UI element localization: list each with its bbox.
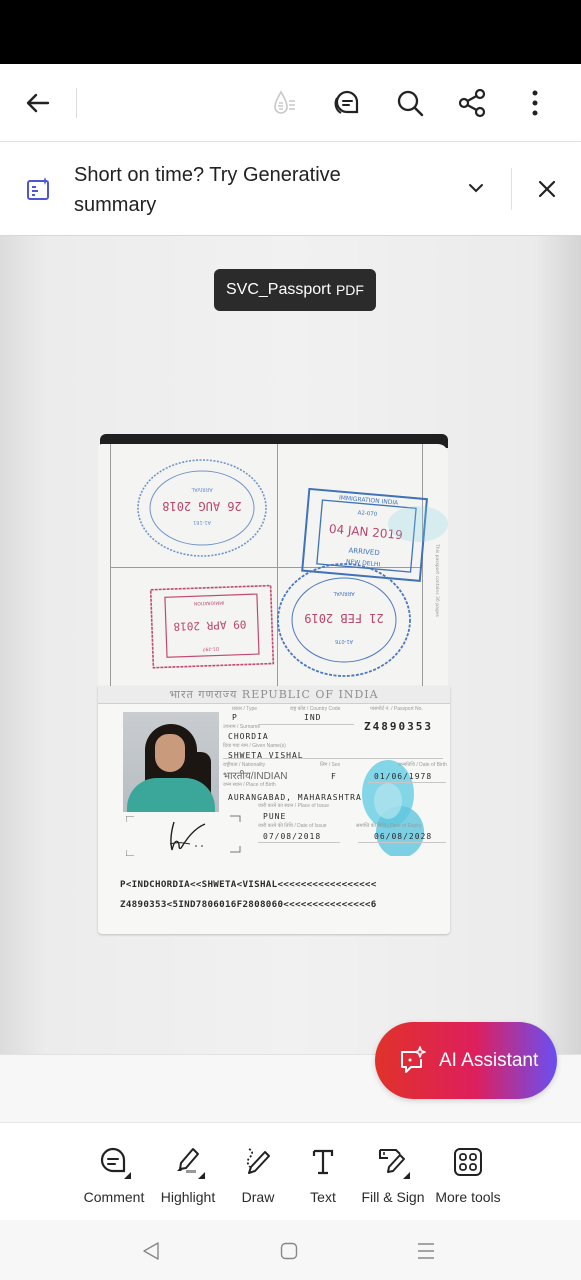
label-date-of-issue: जारी करने की तिथि / Date of Issue <box>258 823 327 829</box>
label-place-of-issue: जारी करने का स्थान / Place of Issue <box>258 803 329 809</box>
tool-comment[interactable]: Comment <box>80 1123 148 1221</box>
value-date-of-expiry: 06/08/2028 <box>374 832 432 841</box>
svg-text:ARRIVAL: ARRIVAL <box>333 590 354 596</box>
value-surname: CHORDIA <box>228 732 269 741</box>
nav-recents-button[interactable] <box>411 1236 441 1266</box>
search-button[interactable] <box>390 83 430 123</box>
system-nav-bar <box>0 1220 581 1280</box>
liquid-mode-icon <box>270 88 300 118</box>
value-passport-no: Z4890353 <box>364 720 433 733</box>
svg-text:26 AUG 2018: 26 AUG 2018 <box>162 499 241 513</box>
pencil-draw-icon <box>241 1145 275 1179</box>
label-place-of-birth: जन्म स्थान / Place of Birth <box>223 782 276 788</box>
more-vertical-icon <box>530 89 540 117</box>
document-viewport[interactable]: SVC_Passport PDF 26 AUG 2018 ARRIVAL A1-… <box>0 236 581 1122</box>
label-given-names: दिया गया नाम / Given Name(s) <box>223 743 286 749</box>
tool-label: Highlight <box>161 1189 215 1205</box>
liquid-mode-button[interactable] <box>265 83 305 123</box>
mrz-line-2: Z4890353<5IND7806016F2808060<<<<<<<<<<<<… <box>120 899 377 910</box>
value-country-code: IND <box>304 713 321 722</box>
svg-text:21 FEB 2019: 21 FEB 2019 <box>304 611 383 625</box>
share-button[interactable] <box>452 83 492 123</box>
visa-stamps-page: 26 AUG 2018 ARRIVAL A1-161 IMMIGRATION I… <box>98 444 448 689</box>
tool-draw[interactable]: Draw <box>232 1123 284 1221</box>
value-date-of-issue: 07/08/2018 <box>263 832 321 841</box>
bottom-toolbar: Comment Highlight Draw Text Fill & Sign … <box>0 1122 581 1220</box>
label-surname: उपनाम / Surname <box>223 724 260 730</box>
value-place-of-birth: AURANGABAD, MAHARASHTRA <box>228 793 362 802</box>
tool-label: Draw <box>242 1189 275 1205</box>
ai-chat-sparkle-icon <box>397 1046 427 1076</box>
generative-summary-icon <box>26 176 52 202</box>
fill-sign-icon <box>376 1145 410 1179</box>
file-name-chip: SVC_Passport PDF <box>214 269 376 311</box>
more-options-button[interactable] <box>515 83 555 123</box>
label-sex: लिंग / Sex <box>320 762 340 768</box>
value-nationality: भारतीय/INDIAN <box>223 768 287 782</box>
search-icon <box>395 88 425 118</box>
svg-text:IMMIGRATION: IMMIGRATION <box>194 599 225 606</box>
mrz-line-1: P<INDCHORDIA<<SHWETA<VISHAL<<<<<<<<<<<<<… <box>120 879 377 890</box>
back-button[interactable] <box>18 83 58 123</box>
tool-text[interactable]: Text <box>300 1123 346 1221</box>
ai-assistant-label: AI Assistant <box>439 1050 538 1072</box>
tool-more-tools[interactable]: More tools <box>432 1123 504 1221</box>
generative-summary-banner[interactable]: Short on time? Try Generative summary <box>0 142 581 236</box>
passport-page-image: 26 AUG 2018 ARRIVAL A1-161 IMMIGRATION I… <box>98 434 450 934</box>
svg-text:ARRIVED: ARRIVED <box>348 547 380 558</box>
tool-label: Comment <box>84 1189 145 1205</box>
svg-text:A2-070: A2-070 <box>357 510 378 518</box>
value-place-of-issue: PUNE <box>263 812 286 821</box>
label-dob: जन्मतिथि / Date of Birth <box>398 762 447 768</box>
top-app-bar <box>0 64 581 142</box>
nav-home-icon <box>280 1242 298 1260</box>
tool-fill-sign[interactable]: Fill & Sign <box>360 1123 426 1221</box>
highlighter-icon <box>171 1145 205 1179</box>
text-icon <box>306 1145 340 1179</box>
banner-divider <box>511 168 512 210</box>
signature-box-corners <box>228 814 248 854</box>
ai-assistant-button[interactable]: AI Assistant <box>375 1022 557 1099</box>
tool-label: More tools <box>435 1189 500 1205</box>
comment-icon <box>97 1145 131 1179</box>
arrow-left-icon <box>24 89 52 117</box>
comments-button[interactable] <box>326 83 366 123</box>
svg-text:This passport contains 36 page: This passport contains 36 pages <box>434 543 440 617</box>
immigration-stamps: 26 AUG 2018 ARRIVAL A1-161 IMMIGRATION I… <box>98 444 448 689</box>
label-passport-no: पासपोर्ट नं. / Passport No. <box>370 706 423 712</box>
file-type: PDF <box>336 282 364 298</box>
nav-back-button[interactable] <box>136 1236 166 1266</box>
grid-icon <box>451 1145 485 1179</box>
nav-home-button[interactable] <box>274 1236 304 1266</box>
value-sex: F <box>331 772 337 781</box>
tool-highlight[interactable]: Highlight <box>156 1123 220 1221</box>
label-country-code: राष्ट्र कोड / Country Code <box>290 706 340 712</box>
tool-label: Fill & Sign <box>361 1189 424 1205</box>
app-bar-divider <box>76 88 77 118</box>
svg-text:A1-161: A1-161 <box>193 519 211 525</box>
status-bar <box>0 0 581 64</box>
value-dob: 01/06/1978 <box>374 772 432 781</box>
passport-photo <box>123 712 219 812</box>
svg-text:D1-297: D1-297 <box>202 645 219 652</box>
signature <box>126 816 236 856</box>
file-name: SVC_Passport <box>226 281 331 299</box>
svg-text:ARRIVAL: ARRIVAL <box>191 486 212 492</box>
svg-text:09 APR 2018: 09 APR 2018 <box>173 617 246 633</box>
chevron-down-icon <box>468 183 484 193</box>
share-icon <box>456 87 488 119</box>
passport-header: भारत गणराज्य REPUBLIC OF INDIA <box>98 686 450 704</box>
tool-label: Text <box>310 1189 336 1205</box>
close-icon <box>538 180 556 198</box>
label-type: प्रकार / Type <box>232 706 257 712</box>
banner-message: Short on time? Try Generative summary <box>74 160 414 220</box>
nav-recents-icon <box>417 1242 435 1260</box>
banner-expand-button[interactable] <box>462 174 490 202</box>
passport-data-page: भारत गणराज्य REPUBLIC OF INDIA प्रकार / … <box>98 686 450 934</box>
value-given-names: SHWETA VISHAL <box>228 751 304 760</box>
nav-back-icon <box>142 1241 160 1261</box>
comments-icon <box>330 87 362 119</box>
value-type: P <box>232 713 238 722</box>
svg-text:A1-076: A1-076 <box>335 638 353 644</box>
banner-close-button[interactable] <box>533 175 561 203</box>
label-date-of-expiry: समाप्ति की तिथि / Date of Expiry <box>356 823 421 829</box>
